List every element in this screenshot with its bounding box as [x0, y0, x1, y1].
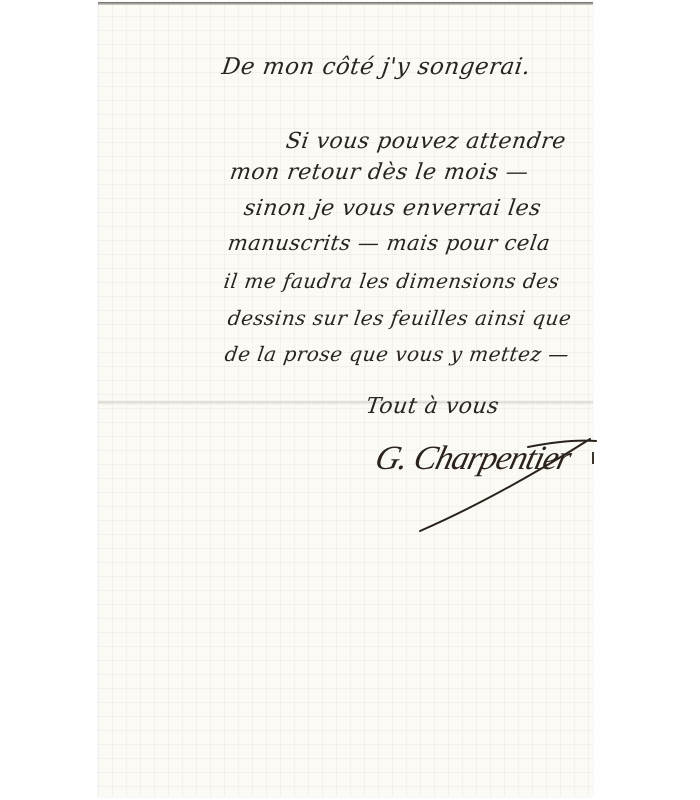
letter-closing: Tout à vous [364, 394, 500, 419]
letter-page: De mon côté j'y songerai. Si vous pouvez… [98, 2, 593, 797]
signature-flourish [368, 427, 598, 537]
letter-line-7: dessins sur les feuilles ainsi que [226, 306, 573, 330]
letter-line-8: de la prose que vous y mettez — [223, 342, 570, 366]
letter-line-6: il me faudra les dimensions des [222, 269, 561, 293]
letter-line-1: De mon côté j'y songerai. [220, 54, 532, 80]
letter-line-3: mon retour dès le mois — [228, 160, 530, 185]
letter-line-5: manuscrits — mais pour cela [226, 231, 552, 255]
page-top-edge-shadow [98, 2, 593, 5]
ink-mark [592, 452, 594, 464]
paper-fold-line [98, 400, 593, 406]
letter-line-4: sinon je vous enverrai les [242, 196, 543, 221]
letter-line-2: Si vous pouvez attendre [284, 129, 567, 154]
